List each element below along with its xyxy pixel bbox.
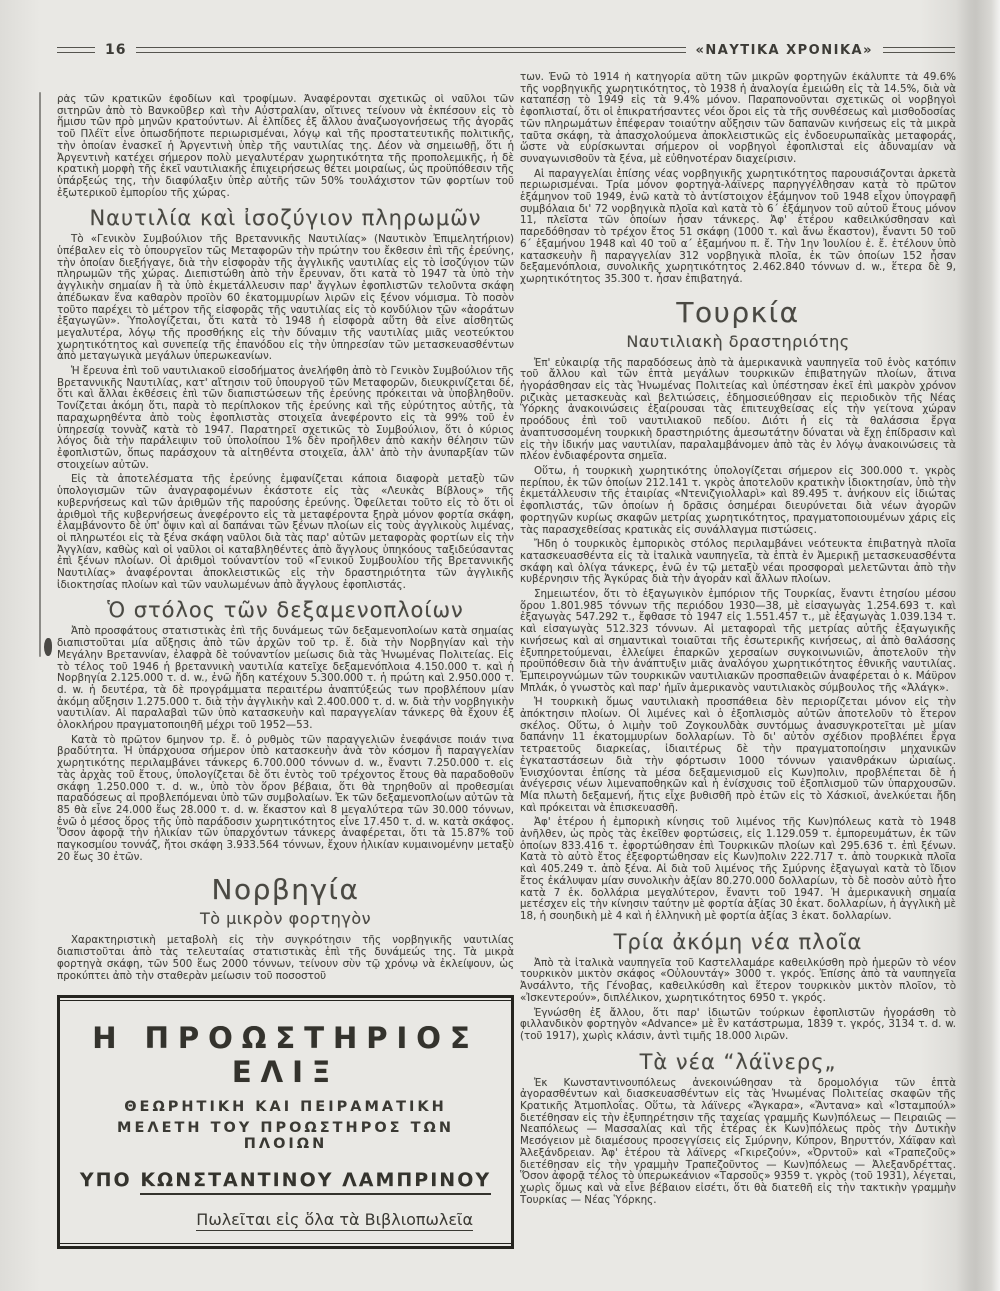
header-rule-right bbox=[883, 47, 955, 53]
paragraph-turkey-1: Ἐπ' εὐκαιρίᾳ τῆς παραδόσεως ἀπὸ τὰ ἀμερι… bbox=[520, 358, 956, 463]
paragraph-intro-continued: ρὰς τῶν κρατικῶν ἐφοδίων καὶ τροφίμων. Ἀ… bbox=[57, 94, 514, 199]
paragraph-turkey-6: Ἀφ' ἑτέρου ἡ ἐμπορικὴ κίνησις τοῦ λιμένο… bbox=[520, 817, 956, 922]
heading-turkey: Τουρκία bbox=[520, 296, 956, 329]
ad-subtitle-line-2: ΜΕΛΕΤΗ ΤΟΥ ΠΡΟΩΣΤΗΡΟΣ ΤΩΝ ΠΛΟΙΩΝ bbox=[72, 1120, 499, 1152]
magazine-page: 16 «ΝΑΥΤΙΚΑ ΧΡΟΝΙΚΑ» ρὰς τῶν κρατικῶν ἐφ… bbox=[0, 0, 1000, 1291]
page-number: 16 bbox=[105, 42, 126, 58]
subheading-maritime-activity: Ναυτιλιακὴ δραστηριότης bbox=[520, 332, 956, 351]
heading-shipping-balance-of-payments: Ναυτιλία καὶ ἰσοζύγιον πληρωμῶν bbox=[57, 206, 514, 230]
scan-ink-blotch bbox=[44, 638, 52, 656]
header-rule-left bbox=[57, 47, 95, 53]
book-advertisement: Η ΠΡΟΩΣΤΗΡΙΟΣ ΕΛΙΞ ΘΕΩΡΗΤΙΚΗ ΚΑΙ ΠΕΙΡΑΜΑ… bbox=[57, 995, 514, 1249]
right-column: των. Ἐνῶ τὸ 1914 ἡ κατηγορία αὕτη τῶν μι… bbox=[520, 72, 956, 1282]
ad-author-byline: ΥΠΟ ΚΩΝΣΤΑΝΤΙΝΟΥ ΛΑΜΠΡΙΝΟΥ bbox=[72, 1169, 499, 1191]
heading-norway: Νορβηγία bbox=[57, 873, 514, 906]
ad-book-title: Η ΠΡΟΩΣΤΗΡΙΟΣ ΕΛΙΞ bbox=[72, 1021, 499, 1089]
paragraph-liners-1: Ἐκ Κωνσταντινουπόλεως ἀνεκοινώθησαν τὰ δ… bbox=[520, 1078, 956, 1207]
subheading-small-cargo: Τὸ μικρὸν φορτηγὸν bbox=[57, 909, 514, 928]
left-column: ρὰς τῶν κρατικῶν ἐφοδίων καὶ τροφίμων. Ἀ… bbox=[57, 94, 514, 1284]
scan-edge-line bbox=[39, 92, 41, 657]
paragraph-ships-2: Ἐγνώσθη ἐξ ἄλλου, ὅτι παρ' ἰδιωτῶν τούρκ… bbox=[520, 1008, 956, 1043]
paragraph-ships-1: Ἀπὸ τὰ ἰταλικὰ ναυπηγεῖα τοῦ Καστελλαμάρ… bbox=[520, 958, 956, 1005]
paragraph-turkey-3: Ἤδη ὁ τουρκικὸς ἐμπορικὸς στόλος περιλαμ… bbox=[520, 539, 956, 586]
paragraph-payments-3: Εἰς τὰ ἀποτελέσματα τῆς ἐρεύνης ἐμφανίζε… bbox=[57, 474, 514, 591]
paragraph-payments-2: Ἡ ἔρευνα ἐπὶ τοῦ ναυτιλιακοῦ εἰσοδήματος… bbox=[57, 366, 514, 471]
scan-shadow-band bbox=[956, 0, 1000, 1291]
paragraph-norway-continued: των. Ἐνῶ τὸ 1914 ἡ κατηγορία αὕτη τῶν μι… bbox=[520, 72, 956, 166]
heading-new-liners: Τὰ νέα “λάϊνερς„ bbox=[520, 1050, 956, 1074]
paragraph-turkey-2: Οὕτω, ἡ τουρκικὴ χωρητικότης ὑπολογίζετα… bbox=[520, 466, 956, 536]
book-advertisement-inner: Η ΠΡΟΩΣΤΗΡΙΟΣ ΕΛΙΞ ΘΕΩΡΗΤΙΚΗ ΚΑΙ ΠΕΙΡΑΜΑ… bbox=[60, 1000, 511, 1244]
heading-tanker-fleet: Ὁ στόλος τῶν δεξαμενοπλοίων bbox=[57, 598, 514, 622]
ad-byline-prefix: ΥΠΟ bbox=[80, 1169, 132, 1191]
header-rule-middle bbox=[136, 47, 685, 53]
ad-author-name: ΚΩΝΣΤΑΝΤΙΝΟΥ ΛΑΜΠΡΙΝΟΥ bbox=[140, 1169, 491, 1195]
page-header: 16 «ΝΑΥΤΙΚΑ ΧΡΟΝΙΚΑ» bbox=[57, 42, 955, 58]
paragraph-norway-orders: Αἱ παραγγελίαι ἐπίσης νέας νορβηγικῆς χω… bbox=[520, 169, 956, 286]
ad-subtitle-line-1: ΘΕΩΡΗΤΙΚΗ ΚΑΙ ΠΕΙΡΑΜΑΤΙΚΗ bbox=[72, 1099, 499, 1115]
ad-footer-note: Πωλεῖται εἰς ὅλα τὰ Βιβλιοπωλεῖα bbox=[72, 1210, 499, 1229]
paragraph-tankers-2: Κατὰ τὸ πρῶτον 6μηνον τρ. ἔ. ὁ ρυθμὸς τῶ… bbox=[57, 735, 514, 864]
magazine-title: «ΝΑΥΤΙΚΑ ΧΡΟΝΙΚΑ» bbox=[696, 43, 873, 58]
heading-three-new-ships: Τρία ἀκόμη νέα πλοῖα bbox=[520, 930, 956, 954]
paragraph-payments-1: Τὸ «Γενικὸν Συμβούλιον τῆς Βρεταννικῆς Ν… bbox=[57, 234, 514, 363]
paragraph-turkey-5: Ἡ τουρκικὴ ὅμως ναυτιλιακὴ προσπάθεια δὲ… bbox=[520, 697, 956, 814]
paragraph-norway-1: Χαρακτηριστικὴ μεταβολὴ εἰς τὴν συγκρότη… bbox=[57, 935, 514, 982]
ad-footer-text: Πωλεῖται εἰς ὅλα τὰ Βιβλιοπωλεῖα bbox=[196, 1210, 473, 1231]
paragraph-tankers-1: Ἀπὸ προσφάτους στατιστικὰς ἐπὶ τῆς δυνάμ… bbox=[57, 626, 514, 731]
paragraph-turkey-4: Σημειωτέον, ὅτι τὸ ἐξαγωγικὸν ἐμπόριον τ… bbox=[520, 589, 956, 694]
